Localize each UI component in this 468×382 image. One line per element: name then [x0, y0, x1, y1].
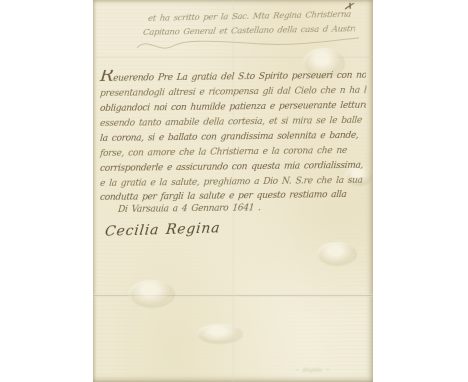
body-line-5: la corona, si e ballato con grandissima … [99, 130, 366, 145]
body-line-1: Reuerendo Pre La gratia del S.to Spirito… [99, 67, 366, 85]
seal-emboss [197, 324, 243, 344]
body-line-2: presentandogli altresi e ricompensa gli … [99, 85, 366, 100]
date-line: Di Varsauia a 4 Gennaro 1641 . [118, 203, 279, 215]
manuscript-scan: ✗ et ha scritto per la Sac. Mta Regina C… [0, 0, 468, 382]
body-line-9: condutta per fargli la salute e per ques… [99, 189, 366, 204]
seal-emboss [317, 242, 357, 266]
body-line-4: essendo tanto amabile della cortesia, et… [99, 115, 366, 130]
docket-line-1: et ha scritto per la Sac. Mta Regina Chr… [147, 10, 360, 24]
paper-sheet: ✗ et ha scritto per la Sac. Mta Regina C… [93, 0, 373, 382]
body-line-6: forse, con amore che la Christierna e la… [99, 145, 366, 160]
body-line-7: corrisponderle e assicurando con questa … [99, 160, 366, 175]
seal-emboss [129, 280, 175, 308]
body-line-8: e la gratia e la salute, preghiamo a Dio… [99, 175, 366, 190]
body-line-3: obligandoci noi con humilde patienza e p… [99, 100, 366, 115]
pencil-annotation: ~ illegible ~ [295, 367, 360, 374]
docket-line-2: Capitano General et Castellano della cas… [142, 24, 355, 38]
signature: Cecilia Regina [104, 220, 226, 240]
